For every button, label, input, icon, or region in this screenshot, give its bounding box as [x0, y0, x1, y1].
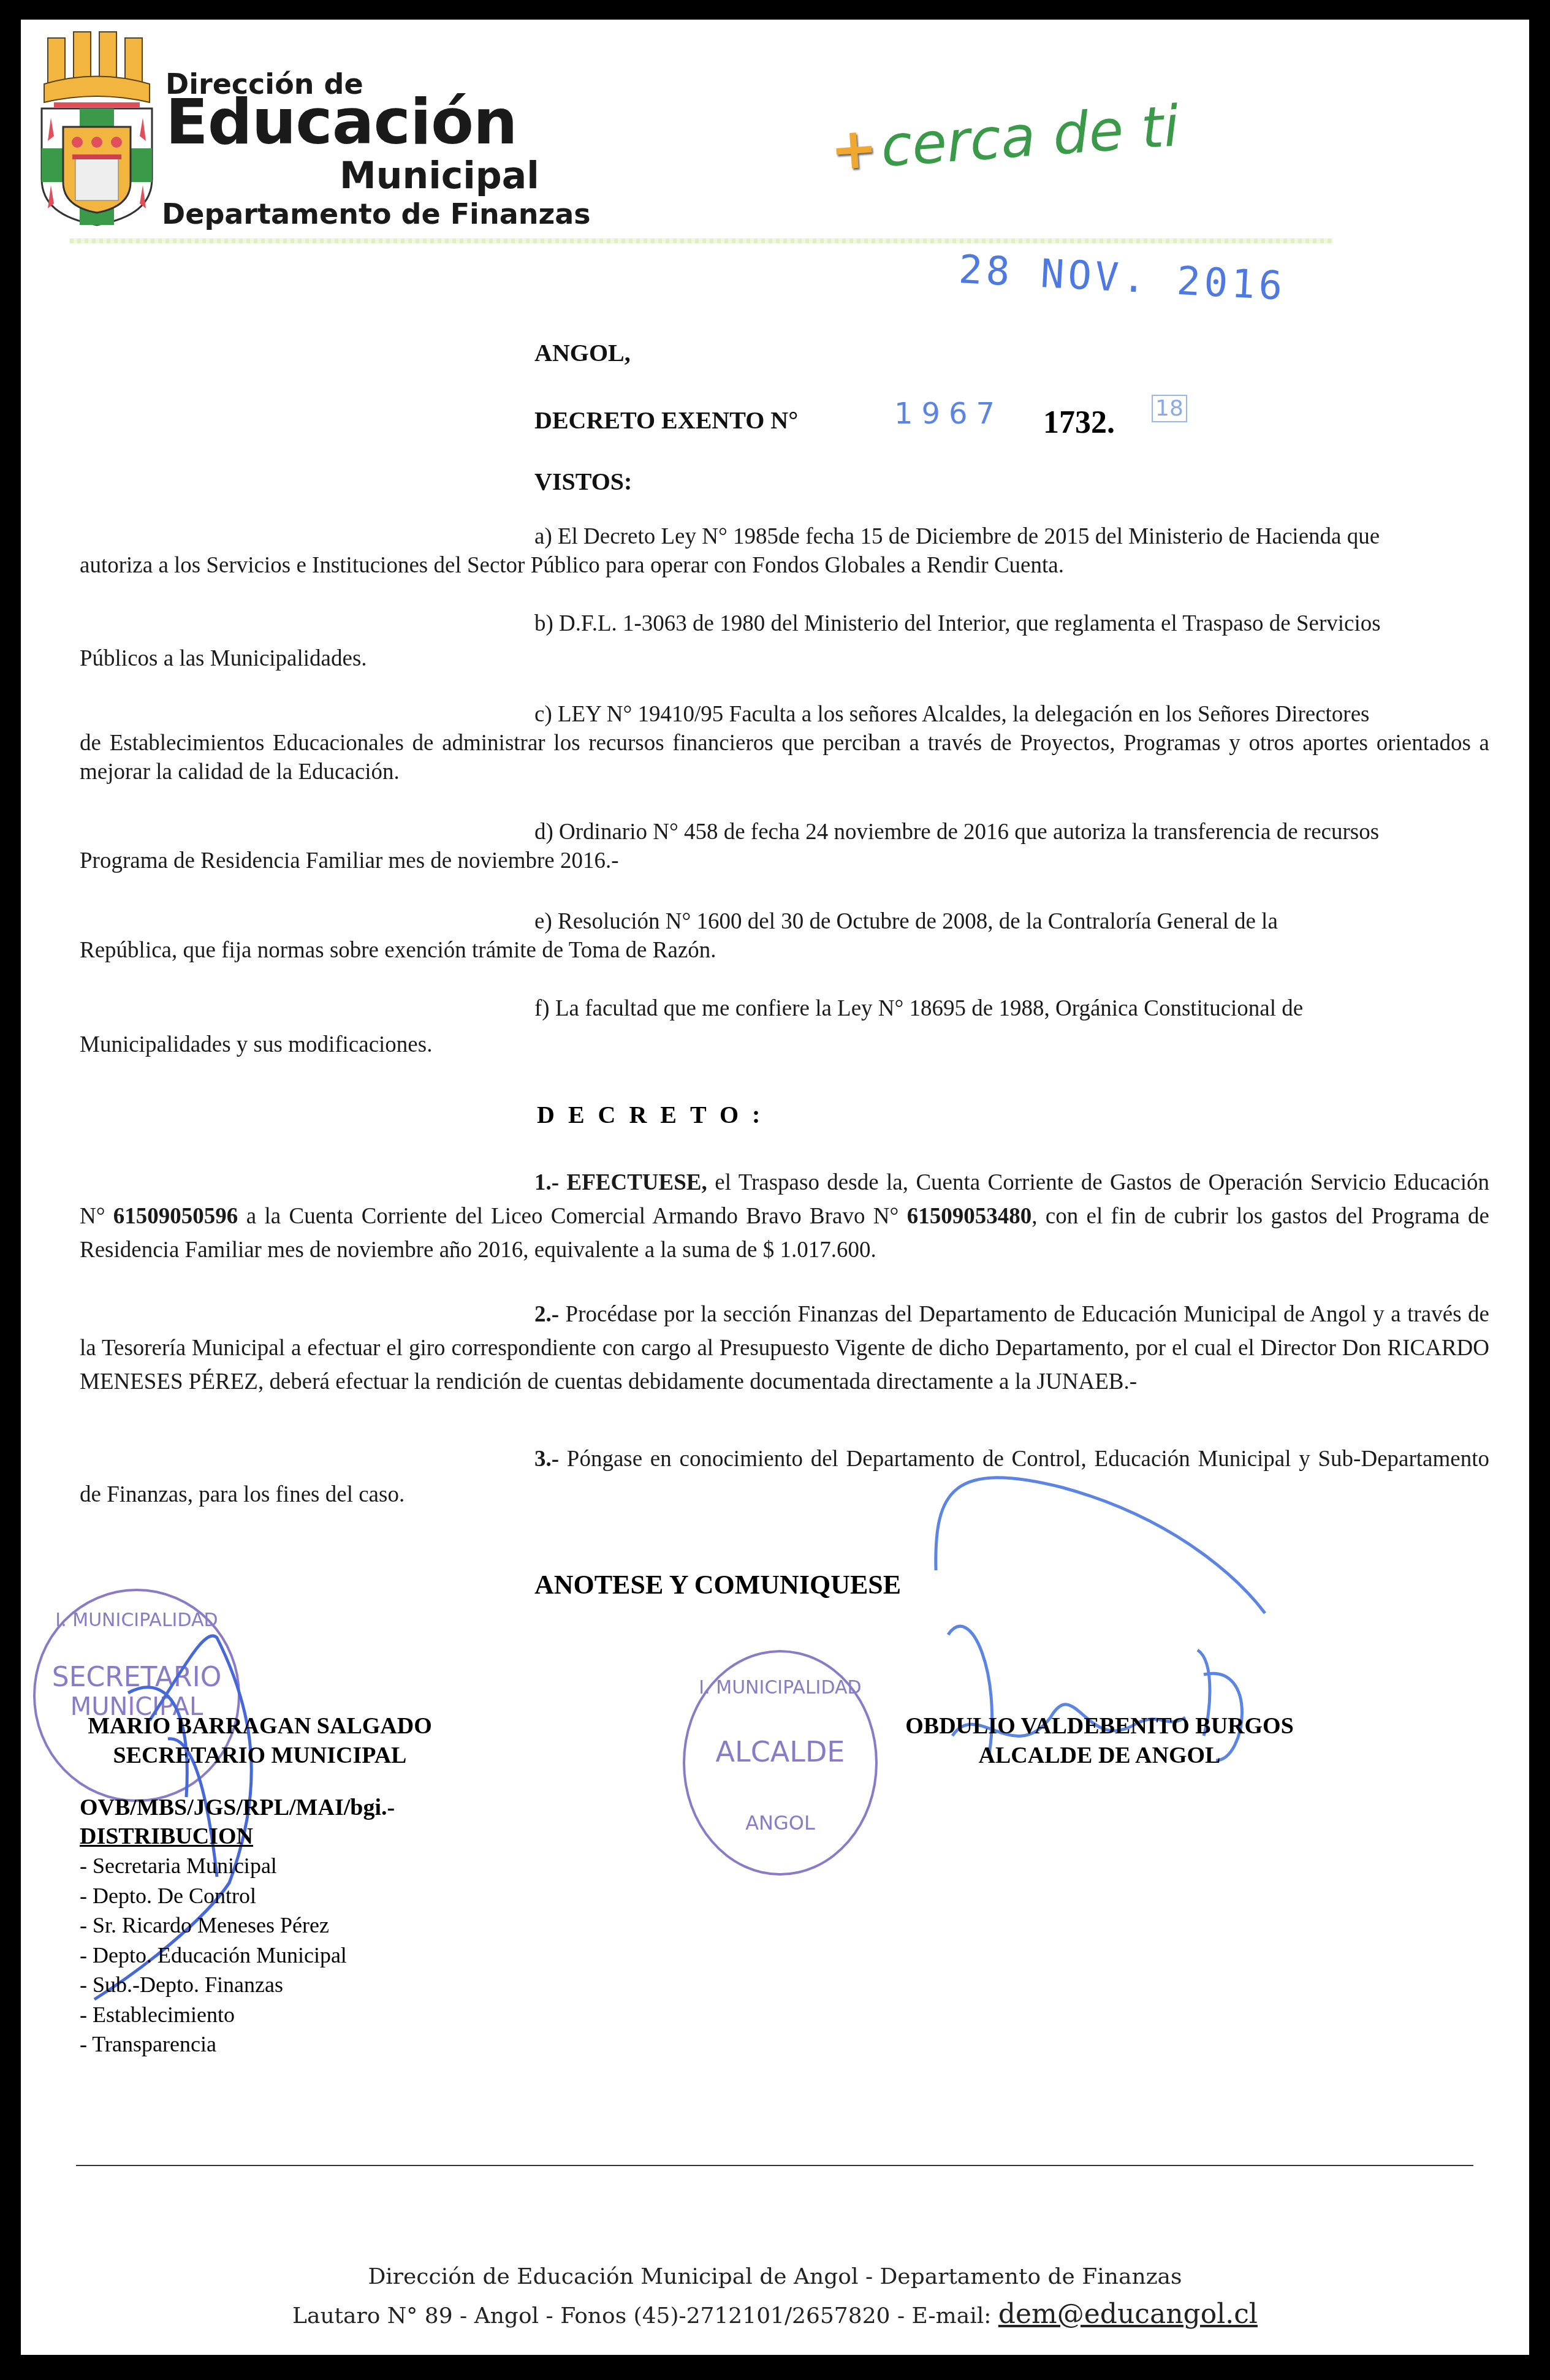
list-item: - Depto. Educación Municipal — [80, 1941, 347, 1971]
list-item: - Establecimiento — [80, 2000, 347, 2030]
list-item: - Secretaria Municipal — [80, 1851, 347, 1881]
secretary-signature-block: MARIO BARRAGAN SALGADO SECRETARIO MUNICI… — [76, 1711, 444, 1770]
mayor-title: ALCALDE DE ANGOL — [879, 1741, 1320, 1770]
mayor-name: OBDULIO VALDEBENITO BURGOS — [879, 1711, 1320, 1741]
mayor-signature-block: OBDULIO VALDEBENITO BURGOS ALCALDE DE AN… — [879, 1711, 1320, 1770]
distribution-list: - Secretaria Municipal - Depto. De Contr… — [80, 1851, 347, 2059]
footer-line-2: Lautaro N° 89 - Angol - Fonos (45)-27121… — [21, 2298, 1529, 2330]
footer-divider — [76, 2165, 1473, 2166]
list-item: - Depto. De Control — [80, 1881, 347, 1911]
list-item: - Sub.-Depto. Finanzas — [80, 1970, 347, 2000]
secretary-title: SECRETARIO MUNICIPAL — [76, 1741, 444, 1770]
list-item: - Transparencia — [80, 2029, 347, 2059]
secretary-name: MARIO BARRAGAN SALGADO — [76, 1711, 444, 1741]
initials: OVB/MBS/JGS/RPL/MAI/bgi.- — [80, 1794, 395, 1821]
list-item: - Sr. Ricardo Meneses Pérez — [80, 1910, 347, 1941]
document-page: Dirección de Educación Municipal Departa… — [21, 20, 1529, 2355]
email-link[interactable]: dem@educangol.cl — [998, 2298, 1258, 2330]
footer-line-1: Dirección de Educación Municipal de Ango… — [21, 2264, 1529, 2289]
distribution-title: DISTRIBUCION — [80, 1823, 253, 1850]
